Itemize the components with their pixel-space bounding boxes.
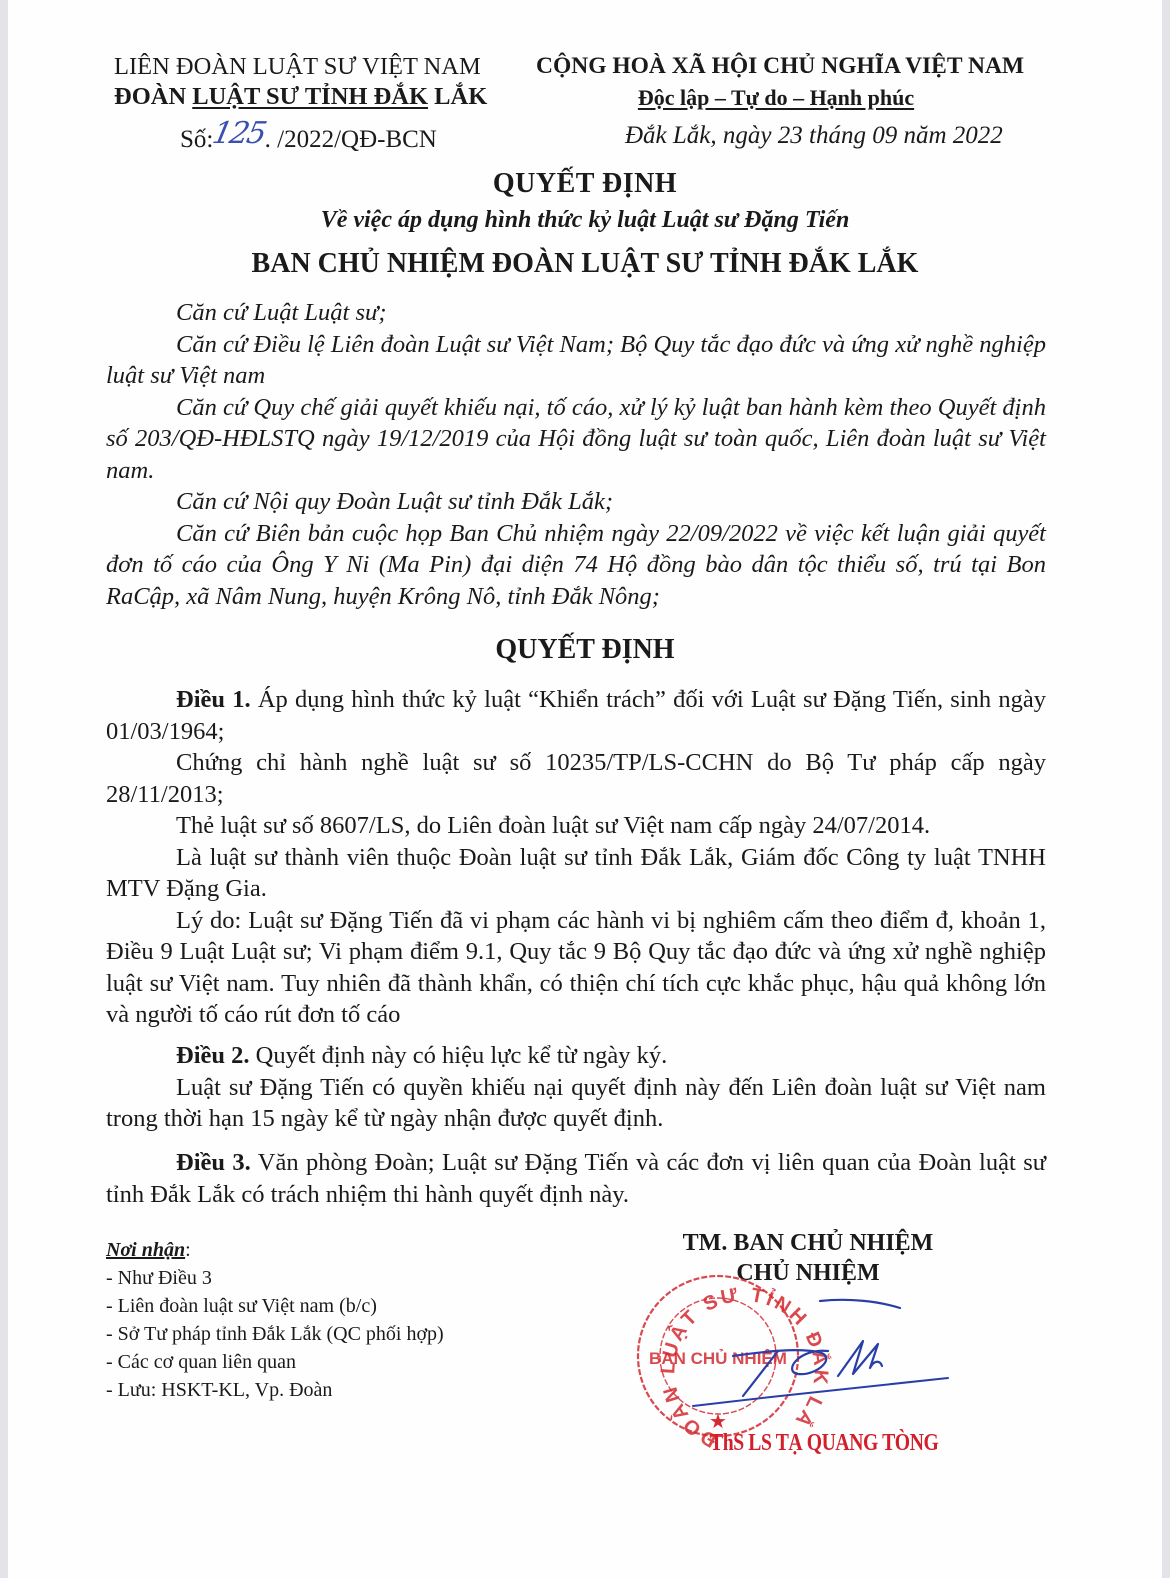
recipient-item: - Như Điều 3 <box>106 1264 444 1292</box>
legal-basis: Căn cứ Luật Luật sư; <box>106 297 1046 329</box>
article-label: Điều 2. <box>176 1042 250 1069</box>
article-2: Điều 2. Quyết định này có hiệu lực kể từ… <box>106 1040 1046 1135</box>
article-text: Lý do: Luật sư Đặng Tiến đã vi phạm các … <box>106 905 1046 1031</box>
recipient-item: - Các cơ quan liên quan <box>106 1348 444 1376</box>
article-label: Điều 3. <box>176 1149 251 1176</box>
number-prefix: Số: <box>180 126 213 153</box>
document-page: LIÊN ĐOÀN LUẬT SƯ VIỆT NAM ĐOÀN LUẬT SƯ … <box>8 0 1162 1578</box>
official-seal-icon: ĐOÀN LUẬT SƯ TỈNH ĐẮK LẮK BAN CHỦ NHIỆM … <box>638 1256 938 1456</box>
recipient-item: - Liên đoàn luật sư Việt nam (b/c) <box>106 1292 444 1320</box>
org-underlined: LUẬT SƯ TỈNH ĐẮK <box>192 83 428 110</box>
legal-basis: Căn cứ Quy chế giải quyết khiếu nại, tố … <box>106 392 1046 487</box>
seal-outer-text: ĐOÀN LUẬT SƯ TỈNH ĐẮK LẮK <box>629 1239 833 1451</box>
article-1: Điều 1. Áp dụng hình thức kỷ luật “Khiển… <box>106 684 1046 1031</box>
legal-bases: Căn cứ Luật Luật sư; Căn cứ Điều lệ Liên… <box>106 297 1046 612</box>
recipients-list: Nơi nhận: - Như Điều 3 - Liên đoàn luật … <box>106 1236 444 1404</box>
document-number: Số:125. /2022/QĐ-BCN <box>180 120 437 155</box>
national-heading: CỘNG HOÀ XÃ HỘI CHỦ NGHĨA VIỆT NAM Độc l… <box>536 50 1016 114</box>
recipients-title: Nơi nhận <box>106 1239 185 1261</box>
issuing-organization: LIÊN ĐOÀN LUẬT SƯ VIỆT NAM ĐOÀN LUẬT SƯ … <box>114 52 487 112</box>
article-text: Là luật sư thành viên thuộc Đoàn luật sư… <box>106 842 1046 905</box>
document-subject: Về việc áp dụng hình thức kỷ luật Luật s… <box>8 207 1162 234</box>
legal-basis: Căn cứ Biên bản cuộc họp Ban Chủ nhiệm n… <box>106 518 1046 613</box>
article-text: Chứng chỉ hành nghề luật sư số 10235/TP/… <box>106 747 1046 810</box>
recipient-item: - Lưu: HSKT-KL, Vp. Đoàn <box>106 1376 444 1404</box>
legal-basis: Căn cứ Điều lệ Liên đoàn Luật sư Việt Na… <box>106 329 1046 392</box>
org-suffix: LẮK <box>428 83 487 110</box>
decision-heading: QUYẾT ĐỊNH <box>8 634 1162 666</box>
article-3: Điều 3. Văn phòng Đoàn; Luật sư Đặng Tiế… <box>106 1147 1046 1210</box>
legal-basis: Căn cứ Nội quy Đoàn Luật sư tỉnh Đắk Lắk… <box>106 486 1046 518</box>
article-text: Quyết định này có hiệu lực kể từ ngày ký… <box>250 1042 668 1069</box>
recipients-colon: : <box>185 1239 191 1261</box>
national-motto: Độc lập – Tự do – Hạnh phúc <box>638 85 914 110</box>
place-and-date: Đắk Lắk, ngày 23 tháng 09 năm 2022 <box>625 122 1003 150</box>
country-name: CỘNG HOÀ XÃ HỘI CHỦ NGHĨA VIỆT NAM <box>536 50 1016 82</box>
org-prefix: ĐOÀN <box>114 83 192 110</box>
handwritten-number: 125 <box>210 116 269 151</box>
article-text: Thẻ luật sư số 8607/LS, do Liên đoàn luậ… <box>106 810 1046 842</box>
parent-organization: LIÊN ĐOÀN LUẬT SƯ VIỆT NAM <box>114 52 487 82</box>
article-text: Luật sư Đặng Tiến có quyền khiếu nại quy… <box>106 1072 1046 1135</box>
svg-text:ĐOÀN LUẬT SƯ TỈNH ĐẮK LẮK: ĐOÀN LUẬT SƯ TỈNH ĐẮK LẮK <box>629 1239 833 1451</box>
organization-name: ĐOÀN LUẬT SƯ TỈNH ĐẮK LẮK <box>114 82 487 112</box>
number-suffix: . /2022/QĐ-BCN <box>265 126 437 153</box>
on-behalf-label: TM. BAN CHỦ NHIỆM <box>648 1228 968 1258</box>
article-label: Điều 1. <box>176 686 251 713</box>
document-title: QUYẾT ĐỊNH <box>8 168 1162 200</box>
issuing-body: BAN CHỦ NHIỆM ĐOÀN LUẬT SƯ TỈNH ĐẮK LẮK <box>8 248 1162 280</box>
signer-name: ThS LS TẠ QUANG TÒNG <box>710 1430 938 1457</box>
recipient-item: - Sở Tư pháp tỉnh Đắk Lắk (QC phối hợp) <box>106 1320 444 1348</box>
